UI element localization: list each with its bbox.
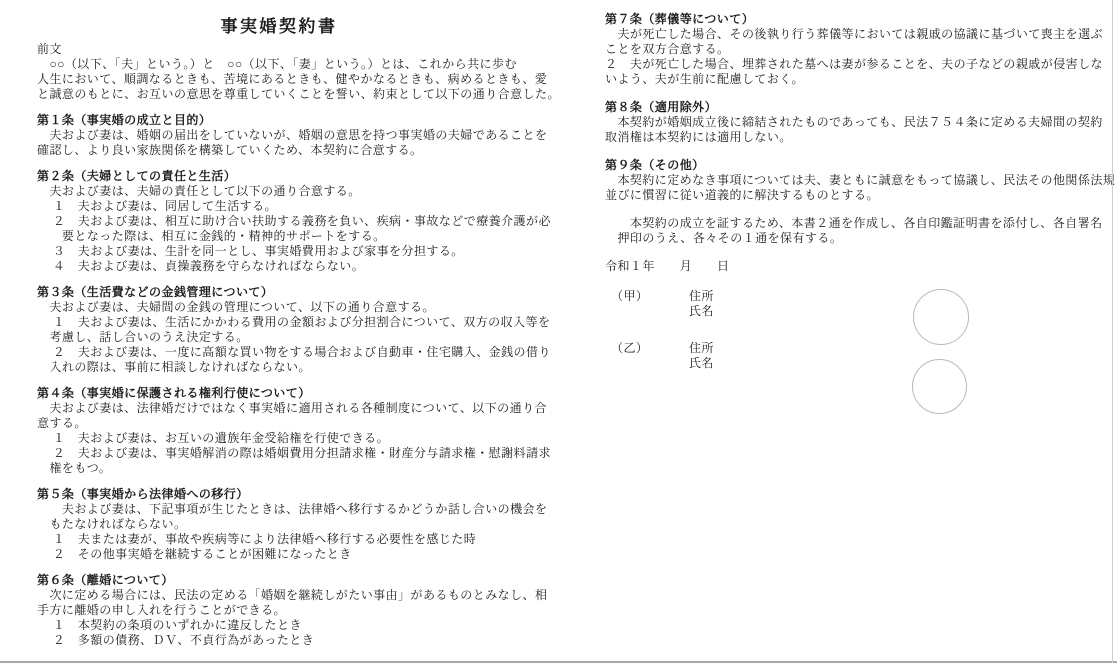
doc-line: 人生において、順調なるときも、苦境にあるときも、健やかなるときも、病めるときも、… bbox=[37, 72, 561, 87]
doc-line: 前文 bbox=[37, 42, 561, 57]
doc-line: 意する。 bbox=[37, 416, 561, 431]
doc-line: 本契約に定めなき事項については夫、妻ともに誠意をもって協議し、民法その他関係法規 bbox=[605, 173, 1112, 188]
party-label: （甲） bbox=[605, 289, 689, 319]
name-label: 氏名 bbox=[689, 304, 714, 319]
article-heading: 第６条（離婚について） bbox=[37, 573, 561, 588]
doc-line: ２ 夫および妻は、相互に助け合い扶助する義務を負い、疾病・事故などで療養介護が必 bbox=[37, 214, 561, 229]
doc-line: 本契約の成立を証するため、本書２通を作成し、各自印鑑証明書を添付し、各自署名 bbox=[605, 216, 1112, 231]
doc-line: 確認し、より良い家族関係を構築していくため、本契約に合意する。 bbox=[37, 143, 561, 158]
doc-line: 夫および妻は、下記事項が生じたときは、法律婚へ移行するかどうか話し合いの機会を bbox=[37, 502, 561, 517]
doc-line: 要となった際は、相互に金銭的・精神的サポートをする。 bbox=[37, 229, 561, 244]
doc-line: 夫および妻は、夫婦の責任として以下の通り合意する。 bbox=[37, 184, 561, 199]
doc-line: ４ 夫および妻は、貞操義務を守らなければならない。 bbox=[37, 259, 561, 274]
doc-line: いよう、夫が生前に配慮しておく。 bbox=[605, 72, 1112, 87]
doc-line: ○○（以下、「夫」という。）と ○○（以下、「妻」という。）とは、これから共に歩… bbox=[37, 57, 561, 72]
doc-line: ２ 多額の債務、ＤＶ、不貞行為があったとき bbox=[37, 633, 561, 648]
seal-circle-otsu bbox=[912, 359, 967, 414]
left-column-text: 前文 ○○（以下、「夫」という。）と ○○（以下、「妻」という。）とは、これから… bbox=[37, 42, 561, 648]
page-title: 事実婚契約書 bbox=[37, 14, 521, 40]
doc-line: 並びに慣習に従い道義的に解決するものとする。 bbox=[605, 188, 1112, 203]
signature-row: （乙）住所氏名 bbox=[605, 341, 714, 371]
doc-line: 夫および妻は、婚姻の届出をしていないが、婚姻の意思を持つ事実婚の夫婦であることを bbox=[37, 128, 561, 143]
doc-line: １ 夫および妻は、お互いの遺族年金受給権を行使できる。 bbox=[37, 431, 561, 446]
party-label: （乙） bbox=[605, 341, 689, 371]
doc-line: ことを双方合意する。 bbox=[605, 42, 1112, 57]
doc-line: と誠意のもとに、お互いの意思を尊重していくことを誓い、約束として以下の通り合意し… bbox=[37, 87, 561, 102]
article-heading: 第９条（その他） bbox=[605, 158, 1112, 173]
right-column: 第７条（葬儀等について） 夫が死亡した場合、その後執り行う葬儀等においては親戚の… bbox=[605, 12, 1112, 274]
article-heading: 第３条（生活費などの金銭管理について） bbox=[37, 285, 561, 300]
article-heading: 第１条（事実婚の成立と目的） bbox=[37, 113, 561, 128]
article-heading: 第４条（事実婚に保護される権利行使について） bbox=[37, 386, 561, 401]
page-right-rule bbox=[1112, 0, 1113, 663]
article-heading: 第２条（夫婦としての責任と生活） bbox=[37, 169, 561, 184]
doc-line: 令和１年 月 日 bbox=[605, 259, 1112, 274]
right-column-text: 第７条（葬儀等について） 夫が死亡した場合、その後執り行う葬儀等においては親戚の… bbox=[605, 12, 1112, 274]
doc-line: 本契約が婚姻成立後に締結されたものであっても、民法７５４条に定める夫婦間の契約 bbox=[605, 115, 1112, 130]
doc-line: １ 夫および妻は、同居して生活する。 bbox=[37, 199, 561, 214]
seal-circle-kou bbox=[913, 289, 969, 345]
doc-line: 権をもつ。 bbox=[37, 461, 561, 476]
doc-line: 入れの際は、事前に相談しなければならない。 bbox=[37, 360, 561, 375]
doc-line: もたなければならない。 bbox=[37, 517, 561, 532]
doc-line: ２ 夫および妻は、事実婚解消の際は婚姻費用分担請求権・財産分与請求権・慰謝料請求 bbox=[37, 446, 561, 461]
doc-line: ２ 夫が死亡した場合、埋葬された墓へは妻が参ることを、夫の子などの親戚が侵害しな bbox=[605, 57, 1112, 72]
doc-line: 次に定める場合には、民法の定める「婚姻を継続しがたい事由」があるものとみなし、相 bbox=[37, 588, 561, 603]
doc-line: 夫および妻は、夫婦間の金銭の管理について、以下の通り合意する。 bbox=[37, 300, 561, 315]
article-heading: 第８条（適用除外） bbox=[605, 100, 1112, 115]
doc-line: ３ 夫および妻は、生計を同一とし、事実婚費用および家事を分担する。 bbox=[37, 244, 561, 259]
doc-line: ２ 夫および妻は、一度に高額な買い物をする場合および自動車・住宅購入、金銭の借り bbox=[37, 345, 561, 360]
signature-fields: 住所氏名 bbox=[689, 289, 714, 319]
doc-line: 押印のうえ、各々その１通を保有する。 bbox=[605, 231, 1112, 246]
doc-line: １ 本契約の条項のいずれかに違反したとき bbox=[37, 618, 561, 633]
article-heading: 第５条（事実婚から法律婚への移行） bbox=[37, 487, 561, 502]
address-label: 住所 bbox=[689, 341, 714, 356]
doc-line: １ 夫および妻は、生活にかかわる費用の金額および分担割合について、双方の収入等を bbox=[37, 315, 561, 330]
article-heading: 第７条（葬儀等について） bbox=[605, 12, 1112, 27]
doc-line: 考慮し、話し合いのうえ決定する。 bbox=[37, 330, 561, 345]
contract-document-page: 事実婚契約書 前文 ○○（以下、「夫」という。）と ○○（以下、「妻」という。）… bbox=[0, 0, 1117, 667]
doc-line: 手方に離婚の申し入れを行うことができる。 bbox=[37, 603, 561, 618]
doc-line: 取消権は本契約には適用しない。 bbox=[605, 130, 1112, 145]
signature-row: （甲）住所氏名 bbox=[605, 289, 714, 319]
doc-line: ２ その他事実婚を継続することが困難になったとき bbox=[37, 547, 561, 562]
doc-line: 夫が死亡した場合、その後執り行う葬儀等においては親戚の協議に基づいて喪主を選ぶ bbox=[605, 27, 1112, 42]
doc-line: 夫および妻は、法律婚だけではなく事実婚に適用される各種制度について、以下の通り合 bbox=[37, 401, 561, 416]
signature-fields: 住所氏名 bbox=[689, 341, 714, 371]
name-label: 氏名 bbox=[689, 356, 714, 371]
page-bottom-rule bbox=[0, 661, 1117, 663]
left-column: 事実婚契約書 前文 ○○（以下、「夫」という。）と ○○（以下、「妻」という。）… bbox=[37, 14, 561, 648]
doc-line: １ 夫または妻が、事故や疾病等により法律婚へ移行する必要性を感じた時 bbox=[37, 532, 561, 547]
address-label: 住所 bbox=[689, 289, 714, 304]
